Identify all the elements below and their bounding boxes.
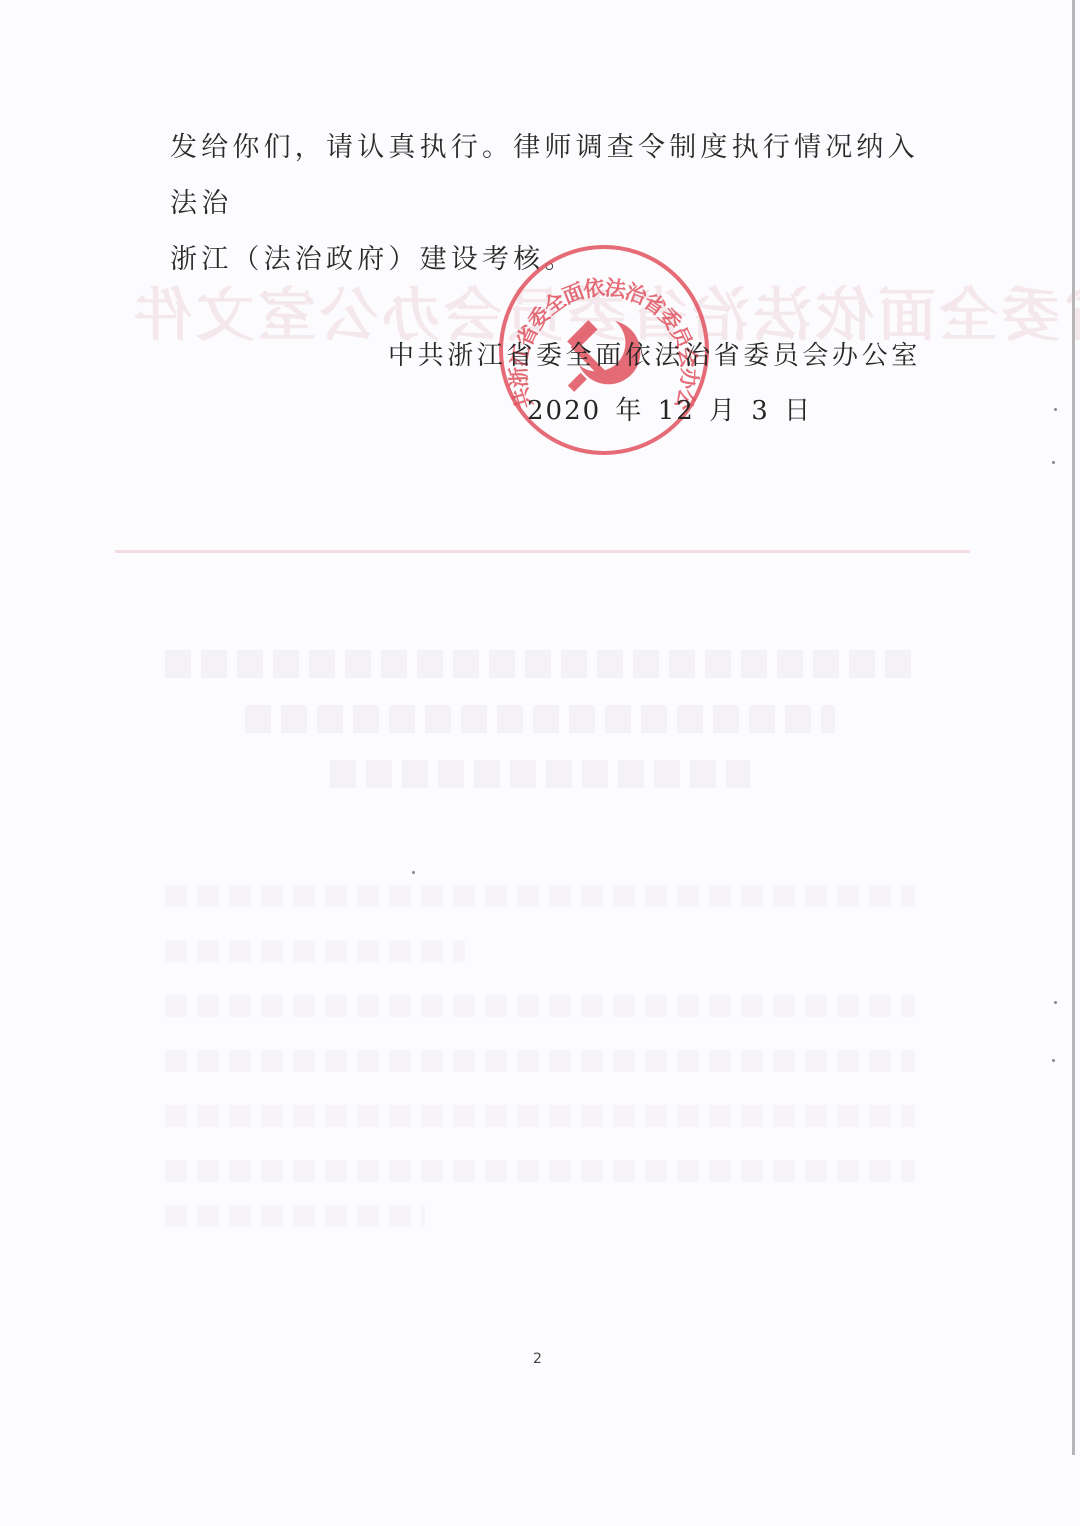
scan-edge bbox=[1072, 0, 1075, 1455]
scan-speck bbox=[1054, 1001, 1057, 1004]
scan-speck bbox=[1052, 461, 1055, 464]
scan-speck bbox=[1052, 1059, 1055, 1062]
bleed-through-text bbox=[165, 1050, 915, 1072]
body-line: 发给你们，请认真执行。律师调查令制度执行情况纳入法治 bbox=[170, 120, 930, 232]
bleed-through-text bbox=[165, 1160, 915, 1182]
seal-ring-text: 中共浙江省委全面依法治省委员会办公室 bbox=[497, 243, 702, 413]
scan-speck bbox=[412, 871, 415, 874]
bleed-through-text bbox=[165, 650, 915, 678]
document-page: 中共浙江省委全面依法治省委员会办公室文件 发给你们，请认真执行。律师调查令制度执… bbox=[0, 0, 1080, 1526]
bleed-through-text bbox=[165, 995, 915, 1017]
bleed-through-text bbox=[165, 1205, 425, 1227]
issue-date: 2020 年 12 月 3 日 bbox=[527, 390, 812, 427]
bleed-through-text bbox=[165, 940, 465, 962]
scan-speck bbox=[1054, 408, 1057, 411]
bleed-through-text bbox=[245, 705, 835, 733]
bleed-through-text bbox=[165, 885, 915, 907]
issuer-name: 中共浙江省委全面依法治省委员会办公室 bbox=[388, 335, 921, 372]
page-number: 2 bbox=[533, 1351, 542, 1367]
bleed-through-text bbox=[165, 1105, 915, 1127]
bleed-through-rule bbox=[115, 550, 970, 553]
bleed-through-text bbox=[330, 760, 750, 788]
